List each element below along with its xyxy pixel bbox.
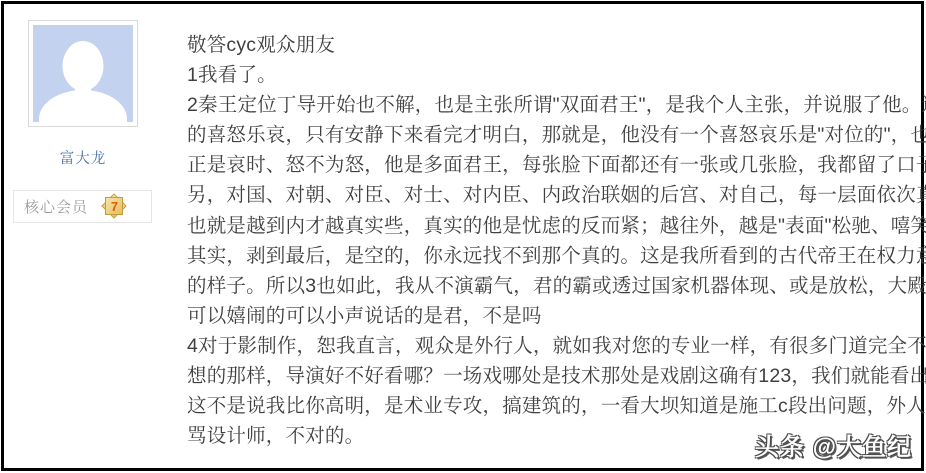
comment-line: 1我看了。 (187, 60, 919, 90)
level-number: 7 (101, 199, 128, 214)
comment-line: 这不是说我比你高明，是术业专攻，搞建筑的，一看大坝知道是施工c段出问题，外人只知… (187, 391, 919, 421)
comment-line: 的样子。所以3也如此，我从不演霸气，君的霸或透过国家机器体现、或是放松，大殿上唯… (187, 271, 919, 301)
comment-line: 可以嬉闹的可以小声说话的是君，不是吗 (187, 301, 919, 331)
member-badge-label: 核心会员 (24, 196, 88, 217)
comment-line: 2秦王定位丁导开始也不解，也是主张所谓"双面君王"，是我个人主张，并说服了他。这… (187, 90, 919, 120)
comment-line: 4对于影制作，恕我直言，观众是外行人，就如我对您的专业一样，有很多门道完全不是您… (187, 331, 919, 361)
comment-line: 想的那样，导演好不好看哪？一场戏哪处是技术那处是戏剧这确有123，我们就能看出来… (187, 361, 919, 391)
avatar-placeholder (33, 25, 133, 122)
user-avatar[interactable] (28, 20, 138, 127)
comment-line: 另，对国、对朝、对臣、对士、对内臣、内政治联姻的后宫、对自己，每一层面依次真实， (187, 180, 919, 210)
level-star-icon[interactable]: 7 (101, 193, 128, 220)
comment-line: 也就是越到内才越真实些，真实的他是忧虑的反而紧；越往外，越是"表面"松驰、嘻笑。… (187, 211, 919, 241)
post-frame: 富大龙 核心会员 7 敬答cyc观众朋友 1我看了。 2秦王定位丁导开始也不解，… (1, 1, 924, 471)
comment-line: 其实，剥到最后，是空的，你永远找不到那个真的。这是我所看到的古代帝王在权力意志下 (187, 241, 919, 271)
comment-line: 正是哀时、怒不为怒，他是多面君王，每张脸下面都还有一张或几张脸，我都留了口子； (187, 150, 919, 180)
comment-line: 的喜怒乐哀，只有安静下来看完才明白，那就是，他没有一个喜怒哀乐是"对位的"，也乐… (187, 120, 919, 150)
comment-text: 敬答cyc观众朋友 1我看了。 2秦王定位丁导开始也不解，也是主张所谓"双面君王… (187, 30, 919, 451)
member-badge: 核心会员 7 (13, 190, 152, 223)
watermark: 头条 @大鱼纪 (755, 427, 912, 462)
comment-line: 敬答cyc观众朋友 (187, 30, 919, 60)
person-icon-shoulders (39, 90, 127, 122)
username-link[interactable]: 富大龙 (14, 147, 152, 168)
screenshot-stage: 富大龙 核心会员 7 敬答cyc观众朋友 1我看了。 2秦王定位丁导开始也不解，… (0, 0, 926, 473)
